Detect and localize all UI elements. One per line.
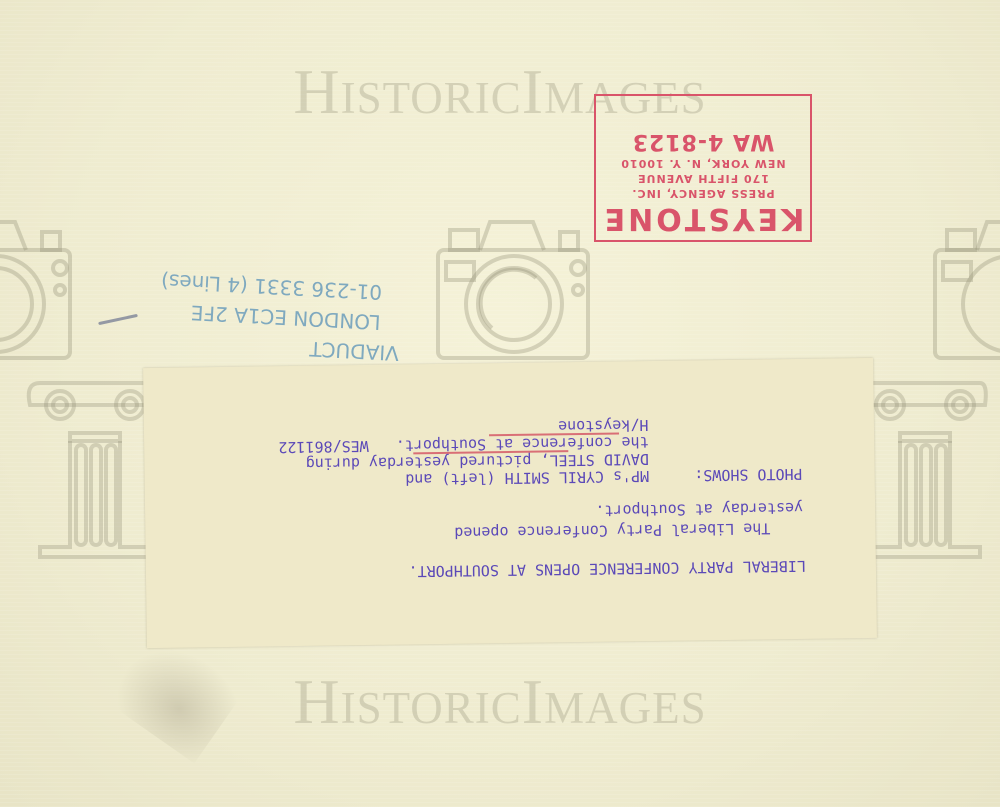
caption-slip: LIBERAL PARTY CONFERENCE OPENS AT SOUTHP… — [143, 358, 877, 648]
caption-headline: LIBERAL PARTY CONFERENCE OPENS AT SOUTHP… — [408, 557, 806, 581]
caption-body-line-2: yesterday at Southport. — [595, 499, 803, 520]
stamp-street: 170 FIFTH AVENUE — [596, 171, 810, 186]
pen-mark — [98, 314, 138, 325]
caption-text: LIBERAL PARTY CONFERENCE OPENS AT SOUTHP… — [143, 358, 877, 648]
camera-icon — [418, 218, 598, 368]
camera-icon — [0, 218, 80, 368]
keystone-stamp: KEYSTONE PRESS AGENCY, INC. 170 FIFTH AV… — [594, 94, 812, 242]
stamp-title: KEYSTONE — [596, 201, 810, 236]
stamp-phone: WA 4-8123 — [596, 129, 810, 154]
column-icon — [20, 375, 160, 565]
stamp-agency: PRESS AGENCY, INC. — [596, 186, 810, 201]
watermark-top: HistoricImages — [0, 60, 1000, 124]
camera-icon — [915, 218, 1000, 368]
caption-body-line-1: The Liberal Party Conference opened — [454, 519, 770, 541]
stamp-city: NEW YORK, N. Y. 10010 — [596, 156, 810, 171]
